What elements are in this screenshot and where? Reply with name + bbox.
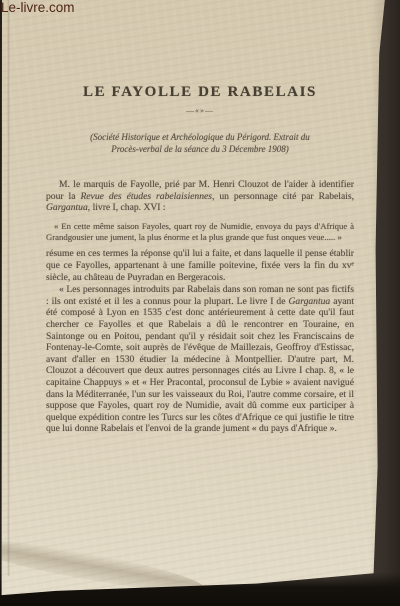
paragraph-3: résume en ces termes la réponse qu'il lu… xyxy=(46,248,354,283)
page-content: LE FAYOLLE DE RABELAIS —«»— (Société His… xyxy=(46,0,354,435)
italic-run: Revue des études rabelaisiennes xyxy=(80,191,212,202)
article-body: M. le marquis de Fayolle, prié par M. He… xyxy=(46,179,354,435)
quote-block: « En cette même saison Fayoles, quart ro… xyxy=(46,221,354,243)
scanned-document-photo: LE FAYOLLE DE RABELAIS —«»— (Société His… xyxy=(0,0,400,606)
vertical-crease xyxy=(7,0,10,576)
document-page: LE FAYOLLE DE RABELAIS —«»— (Société His… xyxy=(0,0,400,606)
divider-ornament: —«»— xyxy=(46,107,354,115)
subtitle-line-2: Procès-verbal de la séance du 3 Décembre… xyxy=(46,143,354,155)
watermark: Le-livre.com xyxy=(1,0,75,16)
subtitle-line-1: (Société Historique et Archéologique du … xyxy=(46,131,354,143)
italic-run: Gargantua xyxy=(46,202,88,213)
italic-run: Gargantua xyxy=(288,296,330,307)
text-run: ayant été composé à Lyon en 1535 c'est d… xyxy=(46,296,354,435)
subtitle: (Société Historique et Archéologique du … xyxy=(46,131,354,155)
paragraph-4: « Les personnages introduits par Rabelai… xyxy=(46,284,354,435)
text-run: , livre I, chap. XVI : xyxy=(88,202,166,213)
paragraph-1: M. le marquis de Fayolle, prié par M. He… xyxy=(46,179,354,214)
text-run: , un personnage cité par Rabelais, xyxy=(212,191,354,202)
page-title: LE FAYOLLE DE RABELAIS xyxy=(46,84,354,100)
